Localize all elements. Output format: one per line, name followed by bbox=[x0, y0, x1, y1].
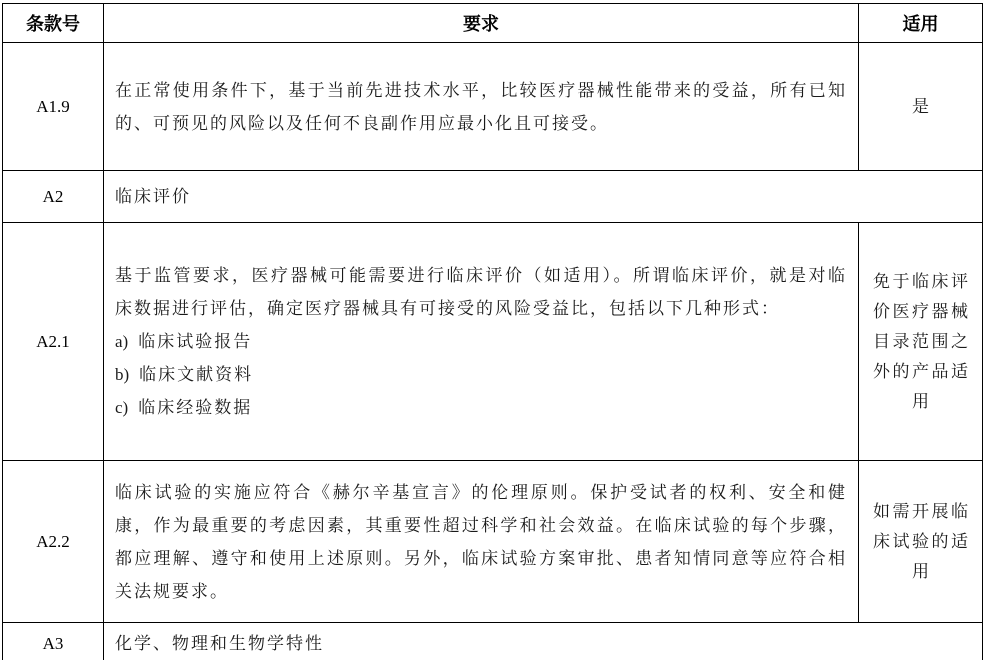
applicable-value: 是 bbox=[859, 43, 983, 171]
column-header-clause-id: 条款号 bbox=[3, 4, 104, 43]
column-header-applicable: 适用 bbox=[859, 4, 983, 43]
list-marker: c) bbox=[115, 391, 128, 424]
list-item-text: 临床文献资料 bbox=[139, 365, 253, 384]
requirements-table: 条款号 要求 适用 A1.9 在正常使用条件下，基于当前先进技术水平，比较医疗器… bbox=[2, 3, 983, 660]
clause-id: A2.1 bbox=[3, 223, 104, 461]
applicable-value: 如需开展临床试验的适用 bbox=[859, 461, 983, 623]
clause-id: A2.2 bbox=[3, 461, 104, 623]
table-row-a2-1: A2.1 基于监管要求，医疗器械可能需要进行临床评价（如适用）。所谓临床评价，就… bbox=[3, 223, 983, 461]
requirement-text: 临床评价 bbox=[115, 180, 971, 213]
table-row-a1-9: A1.9 在正常使用条件下，基于当前先进技术水平，比较医疗器械性能带来的受益，所… bbox=[3, 43, 983, 171]
requirement-text: 在正常使用条件下，基于当前先进技术水平，比较医疗器械性能带来的受益，所有已知的、… bbox=[115, 74, 847, 140]
list-marker: b) bbox=[115, 358, 129, 391]
table-row-a2: A2 临床评价 bbox=[3, 171, 983, 223]
requirement-text: 基于监管要求，医疗器械可能需要进行临床评价（如适用）。所谓临床评价，就是对临床数… bbox=[115, 259, 847, 325]
table-header-row: 条款号 要求 适用 bbox=[3, 4, 983, 43]
applicable-value: 免于临床评价医疗器械目录范围之外的产品适用 bbox=[859, 223, 983, 461]
list-marker: a) bbox=[115, 325, 128, 358]
column-header-requirement: 要求 bbox=[104, 4, 859, 43]
table-row-a3: A3 化学、物理和生物学特性 bbox=[3, 623, 983, 660]
list-item-text: 临床经验数据 bbox=[138, 398, 252, 417]
clause-id: A1.9 bbox=[3, 43, 104, 171]
list-item: c)临床经验数据 bbox=[115, 391, 847, 424]
requirement-text: 临床试验的实施应符合《赫尔辛基宣言》的伦理原则。保护受试者的权利、安全和健康，作… bbox=[115, 476, 847, 608]
clause-id: A3 bbox=[3, 623, 104, 660]
requirement-text: 化学、物理和生物学特性 bbox=[115, 627, 971, 660]
table-row-a2-2: A2.2 临床试验的实施应符合《赫尔辛基宣言》的伦理原则。保护受试者的权利、安全… bbox=[3, 461, 983, 623]
list-item: b)临床文献资料 bbox=[115, 358, 847, 391]
list-item: a)临床试验报告 bbox=[115, 325, 847, 358]
list-item-text: 临床试验报告 bbox=[138, 332, 252, 351]
clause-id: A2 bbox=[3, 171, 104, 223]
